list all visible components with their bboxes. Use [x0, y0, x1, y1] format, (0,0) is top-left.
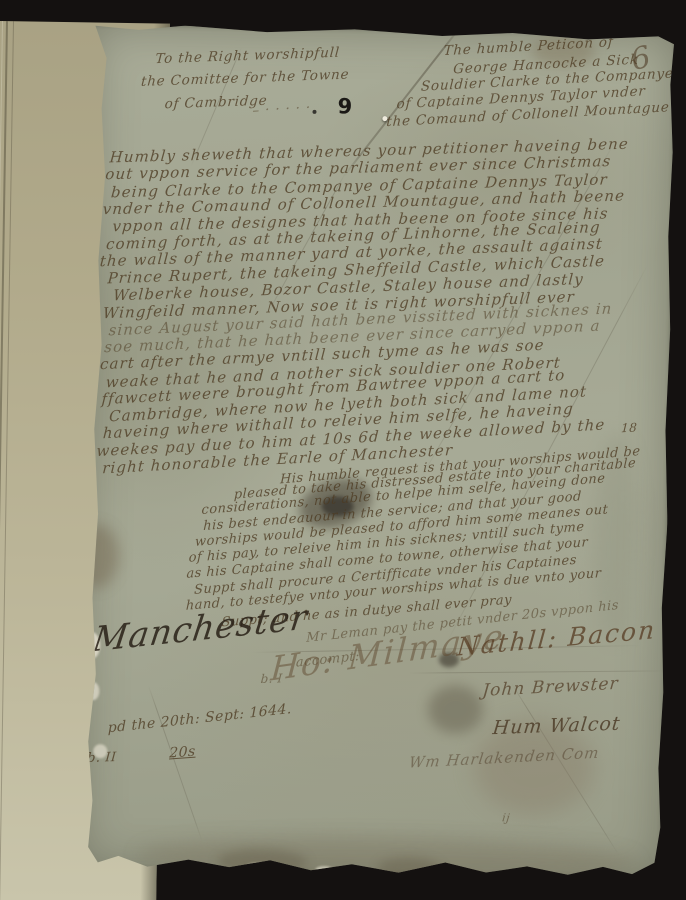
- photographed-manuscript: To the Right worshipfull the Comittee fo…: [0, 0, 686, 900]
- signature-brewster: John Brewster: [482, 674, 620, 701]
- heading-address-line: To the Right worshipfull: [155, 45, 341, 67]
- guard-fold-line-2: [0, 21, 14, 900]
- heading-address-dashes: – · · · · ·: [252, 100, 311, 119]
- bottom-edge-stain: [217, 848, 307, 876]
- bottom-edge-stain: [377, 857, 441, 880]
- signature-walcot: Hum Walcot: [492, 713, 622, 740]
- bottom-torn-light: [315, 866, 333, 874]
- crease-line: [148, 685, 203, 841]
- bottom-torn-light: [245, 863, 271, 872]
- clerk-mark-two: b. II: [87, 750, 117, 766]
- damp-stain: [428, 685, 484, 734]
- stamped-folio-number: 9: [337, 94, 352, 118]
- paid-date-note: pd the 20th: Sept: 1644.: [108, 701, 292, 736]
- paid-amount: 20s: [169, 744, 196, 762]
- crease-line: [409, 670, 667, 673]
- folio-mark: ij: [501, 811, 511, 824]
- inserted-number: 18: [621, 420, 638, 435]
- ink-speck: [312, 110, 316, 114]
- manuscript-page: To the Right worshipfull the Comittee fo…: [77, 24, 676, 878]
- heading-address-line: the Comittee for the Towne: [140, 67, 349, 90]
